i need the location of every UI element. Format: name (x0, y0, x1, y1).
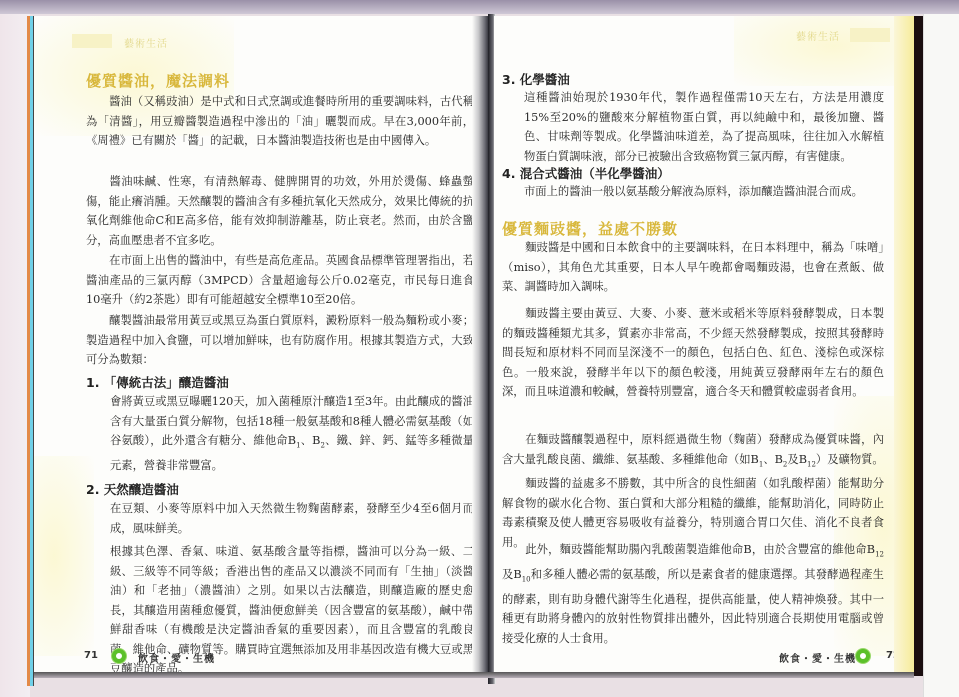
paragraph-text: 醬油味鹹、性寒，有清熱解毒、健脾開胃的功效，外用於燙傷、蜂蟲螫傷，能止癢消腫。天… (86, 175, 474, 247)
page-number: 72 (886, 650, 894, 661)
paragraph-text: 釀製醬油最常用黃豆或黑豆為蛋白質原料，澱粉原料一般為麵粉或小麥；製造過程中加入食… (86, 314, 474, 366)
item-title: 2. 天然釀造醬油 (86, 480, 179, 498)
header-glow (734, 16, 894, 86)
paragraph: 醬油（又稱豉油）是中式和日式烹調或進餐時所用的重要調味料，古代稱為「清醬」，用豆… (86, 92, 474, 151)
section-title: 優質麵豉醬，益處不勝數 (502, 218, 678, 239)
section-title: 優質醬油，魔法調料 (86, 70, 230, 91)
book-cover-edge (0, 14, 30, 697)
right-page: 藝術生活 3. 化學醬油 這種醬油始現於1930年代，製作過程僅需10天左右，方… (494, 16, 894, 672)
left-page: 藝術生活 優質醬油，魔法調料 醬油（又稱豉油）是中式和日式烹調或進餐時所用的重要… (34, 16, 482, 672)
item-body: 會將黃豆或黑豆曝曬120天，加入菌種原汁釀造1至3年。由此釀成的醬油含有大量蛋白… (110, 392, 474, 475)
page-edge-yellow (894, 16, 914, 672)
book-bottom-edge (34, 672, 914, 678)
book-cover-edge (914, 16, 923, 676)
header-tab (850, 28, 890, 42)
page-number: 71 (84, 650, 98, 661)
paragraph-text: 在市面上出售的醬油中，有些是高危產品。英國食品標準管理署指出，若醬油產品的三氯丙… (86, 254, 474, 306)
running-header: 藝術生活 (796, 28, 840, 43)
paragraph: 在麵豉醬釀製過程中，原料經過微生物（麴菌）發酵成為優質味醬，內含大量乳酸良菌、纖… (502, 430, 884, 474)
paragraph: 此外，麵豉醬能幫助腸內乳酸菌製造維他命B，由於含豐富的維他命B12及B10和多種… (502, 540, 884, 648)
paragraph: 麵豉醬主要由黃豆、大麥、小麥、薏米或稻米等原料發酵製成，日本製的麵豉醬種類尤其多… (502, 304, 884, 402)
ring-logo-icon (856, 649, 870, 663)
scan-top-edge (0, 0, 959, 14)
paragraph: 在市面上出售的醬油中，有些是高危產品。英國食品標準管理署指出，若醬油產品的三氯丙… (86, 251, 474, 310)
paragraph-text: 麵豉醬主要由黃豆、大麥、小麥、薏米或稻米等原料發酵製成，日本製的麵豉醬種類尤其多… (502, 307, 884, 398)
footer-book-title: 飲食・愛・生機 (138, 650, 215, 665)
paragraph-text: 麵豉醬是中國和日本飲食中的主要調味料，在日本料理中，稱為「味噌」（miso），其… (502, 241, 884, 293)
item-title: 3. 化學醬油 (502, 70, 570, 88)
footer-book-title: 飲食・愛・生機 (779, 650, 856, 665)
header-tab (72, 34, 112, 48)
book-gutter (472, 16, 488, 676)
item-body: 這種醬油始現於1930年代，製作過程僅需10天左右，方法是用濃度15%至20%的… (524, 88, 884, 166)
paragraph-text: 麵豉醬的益處多不勝數，其中所含的良性細菌（如乳酸桿菌）能幫助分解食物的碳水化合物… (502, 477, 884, 549)
ring-logo-icon (112, 649, 126, 663)
running-header: 藝術生活 (124, 35, 168, 50)
scan-background (923, 14, 959, 697)
margin-glow (34, 456, 94, 656)
paragraph: 釀製醬油最常用黃豆或黑豆為蛋白質原料，澱粉原料一般為麵粉或小麥；製造過程中加入食… (86, 311, 474, 370)
paragraph: 麵豉醬是中國和日本飲食中的主要調味料，在日本料理中，稱為「味噌」（miso），其… (502, 238, 884, 297)
item-body: 在豆類、小麥等原料中加入天然微生物麴菌酵素，發酵至少4至6個月而成，風味鮮美。 (110, 499, 474, 538)
paragraph-text: 醬油（又稱豉油）是中式和日式烹調或進餐時所用的重要調味料，古代稱為「清醬」，用豆… (86, 95, 474, 147)
item-body: 市面上的醬油一般以氨基酸分解液為原料，添加釀造醬油混合而成。 (524, 182, 884, 202)
item-title: 4. 混合式醬油（半化學醬油） (502, 164, 670, 182)
paragraph: 醬油味鹹、性寒，有清熱解毒、健脾開胃的功效，外用於燙傷、蜂蟲螫傷，能止癢消腫。天… (86, 172, 474, 250)
item-title: 1. 「傳統古法」釀造醬油 (86, 373, 229, 391)
